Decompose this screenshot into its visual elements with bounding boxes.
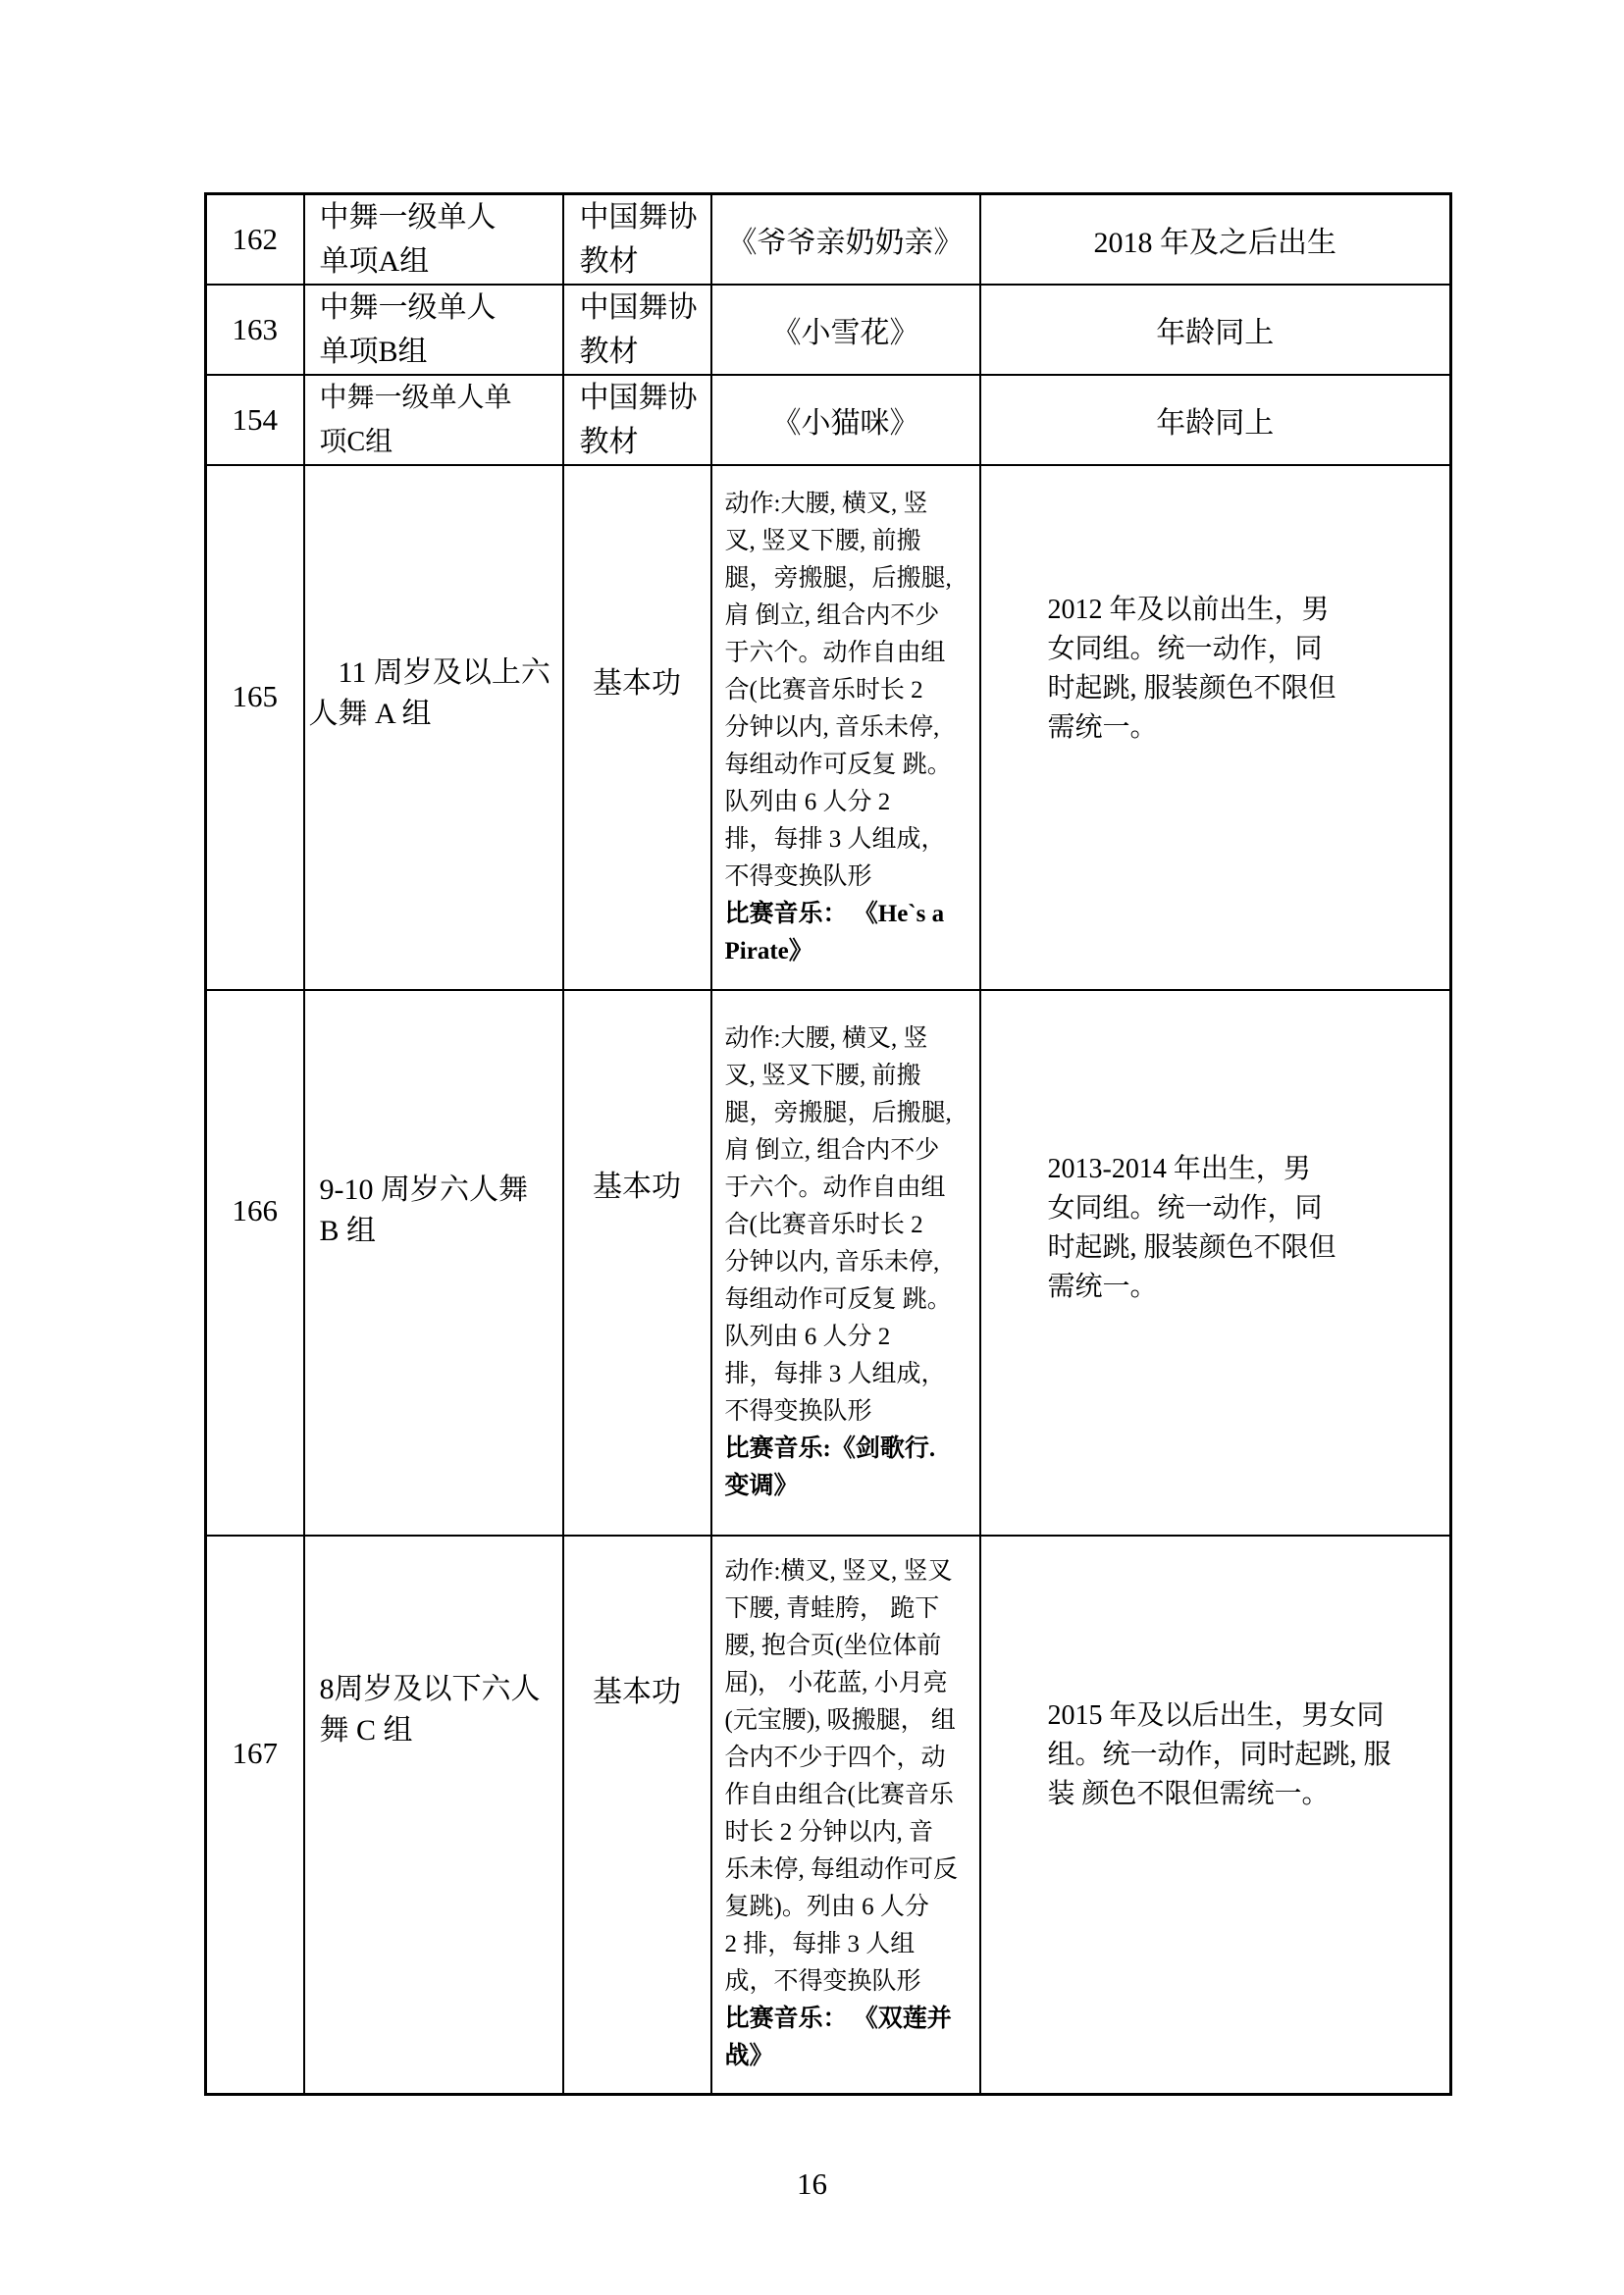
entry-number: 165	[207, 679, 303, 714]
material-cell: 基本功	[563, 465, 711, 990]
table-row: 154 中舞一级单人单项C组 中国舞协教材 《小猫咪》 年龄同上	[206, 375, 1451, 465]
work-title: 《小猫咪》	[712, 398, 979, 442]
group-name-cell: 中舞一级单人单项B组	[304, 285, 563, 375]
material-name: 中国舞协教材	[564, 376, 710, 464]
material-name: 中国舞协教材	[564, 286, 710, 374]
group-name-cell: 中舞一级单人单项A组	[304, 194, 563, 286]
movement-requirements-text: 动作:大腰, 横叉, 竖叉, 竖叉下腰, 前搬腿，旁搬腿，后搬腿,肩 倒立, 组…	[725, 1020, 975, 1431]
requirements-cell: 动作:大腰, 横叉, 竖叉, 竖叉下腰, 前搬腿，旁搬腿，后搬腿,肩 倒立, 组…	[711, 990, 980, 1536]
work-title: 《小雪花》	[712, 308, 979, 351]
entry-number: 162	[207, 222, 303, 257]
competition-entries-table: 162 中舞一级单人单项A组 中国舞协教材 《爷爷亲奶奶亲》 2018 年及之后…	[204, 192, 1452, 2096]
table-row: 163 中舞一级单人单项B组 中国舞协教材 《小雪花》 年龄同上	[206, 285, 1451, 375]
age-requirement-cell: 2018 年及之后出生	[980, 194, 1451, 286]
entry-number-cell: 166	[206, 990, 304, 1536]
requirements-cell: 动作:横叉, 竖叉, 竖叉下腰, 青蛙胯， 跪下腰, 抱合页(坐位体前屈)， 小…	[711, 1536, 980, 2094]
music-title-text: 比赛音乐： 《He`s aPirate》	[725, 896, 975, 970]
group-name-cell: 11 周岁及以上六人舞 A 组	[304, 465, 563, 990]
group-name: 9-10 周岁六人舞B 组	[305, 1170, 562, 1252]
age-requirement-cell: 2012 年及以前出生，男女同组。统一动作，同时起跳, 服装颜色不限但需统一。	[980, 465, 1451, 990]
entry-number: 154	[207, 402, 303, 438]
group-name: 8周岁及以下六人舞 C 组	[305, 1669, 562, 1751]
table-row: 167 8周岁及以下六人舞 C 组 基本功 动作:横叉, 竖叉, 竖叉下腰, 青…	[206, 1536, 1451, 2094]
entry-number: 166	[207, 1193, 303, 1228]
entry-number-cell: 162	[206, 194, 304, 286]
age-requirement-cell: 年龄同上	[980, 285, 1451, 375]
page-number: 16	[0, 2166, 1624, 2202]
table-row: 162 中舞一级单人单项A组 中国舞协教材 《爷爷亲奶奶亲》 2018 年及之后…	[206, 194, 1451, 286]
material-cell: 中国舞协教材	[563, 194, 711, 286]
entry-number-cell: 154	[206, 375, 304, 465]
table-row: 166 9-10 周岁六人舞B 组 基本功 动作:大腰, 横叉, 竖叉, 竖叉下…	[206, 990, 1451, 1536]
material-name: 中国舞协教材	[564, 195, 710, 284]
material-name: 基本功	[564, 661, 710, 705]
movement-requirements-text: 动作:横叉, 竖叉, 竖叉下腰, 青蛙胯， 跪下腰, 抱合页(坐位体前屈)， 小…	[725, 1553, 975, 2001]
work-title: 《爷爷亲奶奶亲》	[712, 218, 979, 261]
entry-number: 163	[207, 312, 303, 347]
material-cell: 基本功	[563, 1536, 711, 2094]
work-title-cell: 《小猫咪》	[711, 375, 980, 465]
material-cell: 中国舞协教材	[563, 285, 711, 375]
material-cell: 基本功	[563, 990, 711, 1536]
group-name-cell: 中舞一级单人单项C组	[304, 375, 563, 465]
group-name: 中舞一级单人单项B组	[305, 286, 562, 374]
age-requirement: 2015 年及以后出生，男女同组。统一动作，同时起跳, 服装 颜色不限但需统一。	[981, 1696, 1450, 1814]
music-title-text: 比赛音乐:《剑歌行.变调》	[725, 1431, 975, 1505]
document-page: 162 中舞一级单人单项A组 中国舞协教材 《爷爷亲奶奶亲》 2018 年及之后…	[0, 0, 1624, 2295]
material-name: 基本功	[564, 1670, 710, 1714]
age-requirement: 2012 年及以前出生，男女同组。统一动作，同时起跳, 服装颜色不限但需统一。	[981, 591, 1450, 748]
group-name: 中舞一级单人单项C组	[305, 376, 562, 464]
material-name: 基本功	[564, 1165, 710, 1209]
age-requirement-cell: 2015 年及以后出生，男女同组。统一动作，同时起跳, 服装 颜色不限但需统一。	[980, 1536, 1451, 2094]
age-requirement-cell: 年龄同上	[980, 375, 1451, 465]
entry-number: 167	[207, 1736, 303, 1771]
group-name: 11 周岁及以上六人舞 A 组	[305, 652, 562, 735]
entry-number-cell: 167	[206, 1536, 304, 2094]
age-requirement: 年龄同上	[981, 398, 1450, 442]
age-requirement: 2013-2014 年出生，男女同组。统一动作，同时起跳, 服装颜色不限但需统一…	[981, 1150, 1450, 1307]
group-name-cell: 8周岁及以下六人舞 C 组	[304, 1536, 563, 2094]
movement-requirements-text: 动作:大腰, 横叉, 竖叉, 竖叉下腰, 前搬腿，旁搬腿，后搬腿,肩 倒立, 组…	[725, 486, 975, 896]
age-requirement: 年龄同上	[981, 308, 1450, 351]
work-title-cell: 《小雪花》	[711, 285, 980, 375]
age-requirement: 2018 年及之后出生	[981, 218, 1450, 261]
age-requirement-cell: 2013-2014 年出生，男女同组。统一动作，同时起跳, 服装颜色不限但需统一…	[980, 990, 1451, 1536]
group-name: 中舞一级单人单项A组	[305, 195, 562, 284]
requirements-cell: 动作:大腰, 横叉, 竖叉, 竖叉下腰, 前搬腿，旁搬腿，后搬腿,肩 倒立, 组…	[711, 465, 980, 990]
table-row: 165 11 周岁及以上六人舞 A 组 基本功 动作:大腰, 横叉, 竖叉, 竖…	[206, 465, 1451, 990]
music-title-text: 比赛音乐： 《双莲并战》	[725, 2001, 975, 2075]
work-title-cell: 《爷爷亲奶奶亲》	[711, 194, 980, 286]
entry-number-cell: 165	[206, 465, 304, 990]
material-cell: 中国舞协教材	[563, 375, 711, 465]
entry-number-cell: 163	[206, 285, 304, 375]
group-name-cell: 9-10 周岁六人舞B 组	[304, 990, 563, 1536]
